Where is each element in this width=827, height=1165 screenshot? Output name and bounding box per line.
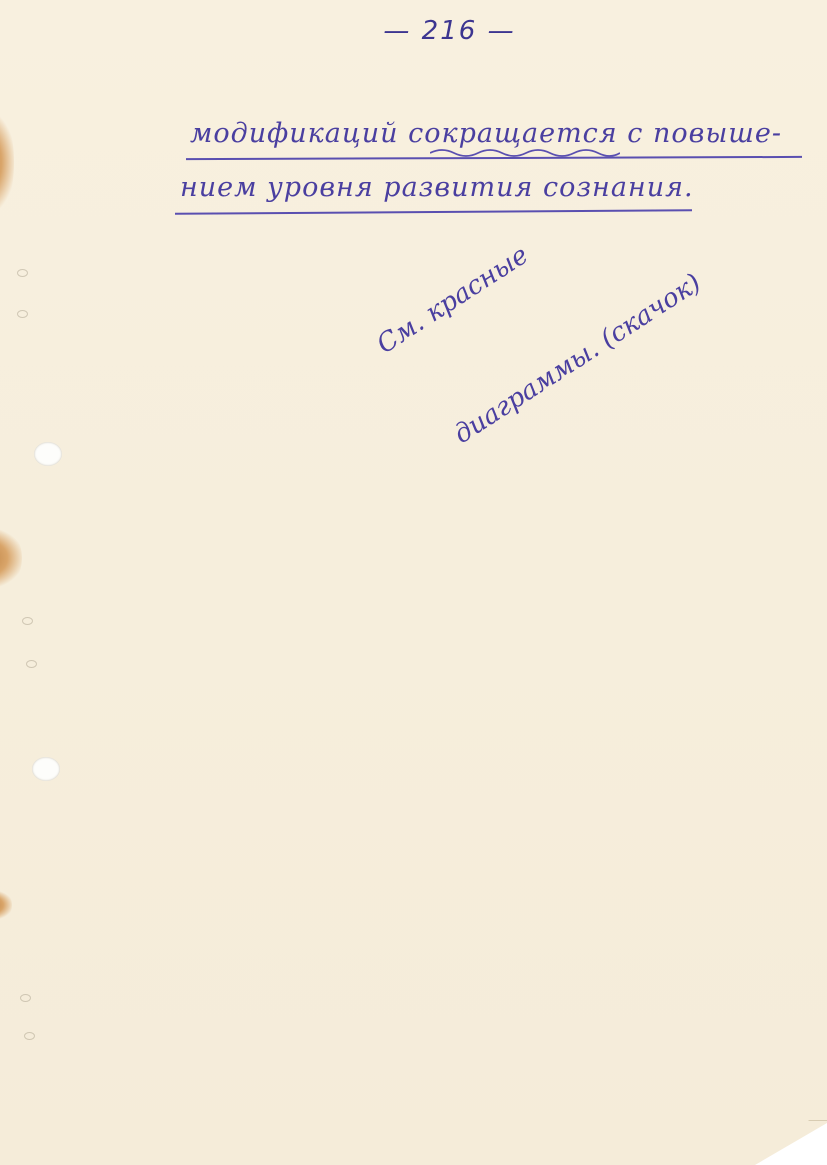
punch-hole bbox=[34, 442, 62, 466]
paper-dent bbox=[17, 269, 28, 277]
text-line-1: модификаций сокращается с повыше- bbox=[190, 118, 782, 149]
stain-mark bbox=[0, 110, 14, 215]
wavy-underline bbox=[430, 147, 620, 159]
margin-note-line-1: См. красные bbox=[372, 240, 534, 360]
paper-dent bbox=[17, 310, 28, 318]
document-page: — 216 — модификаций сокращается с повыше… bbox=[0, 0, 827, 1165]
margin-note: См. красные диаграммы. (скачок) bbox=[380, 250, 800, 450]
paper-dent bbox=[24, 1032, 35, 1040]
paper-dent bbox=[22, 617, 33, 625]
page-number: — 216 — bbox=[382, 16, 517, 46]
underline bbox=[175, 209, 692, 215]
paper-dent bbox=[20, 994, 31, 1002]
text-line-2: нием уровня развития сознания. bbox=[180, 172, 694, 203]
paper-dent bbox=[26, 660, 37, 668]
stain-mark bbox=[0, 528, 22, 588]
punch-hole bbox=[32, 757, 60, 781]
stain-mark bbox=[0, 890, 12, 920]
